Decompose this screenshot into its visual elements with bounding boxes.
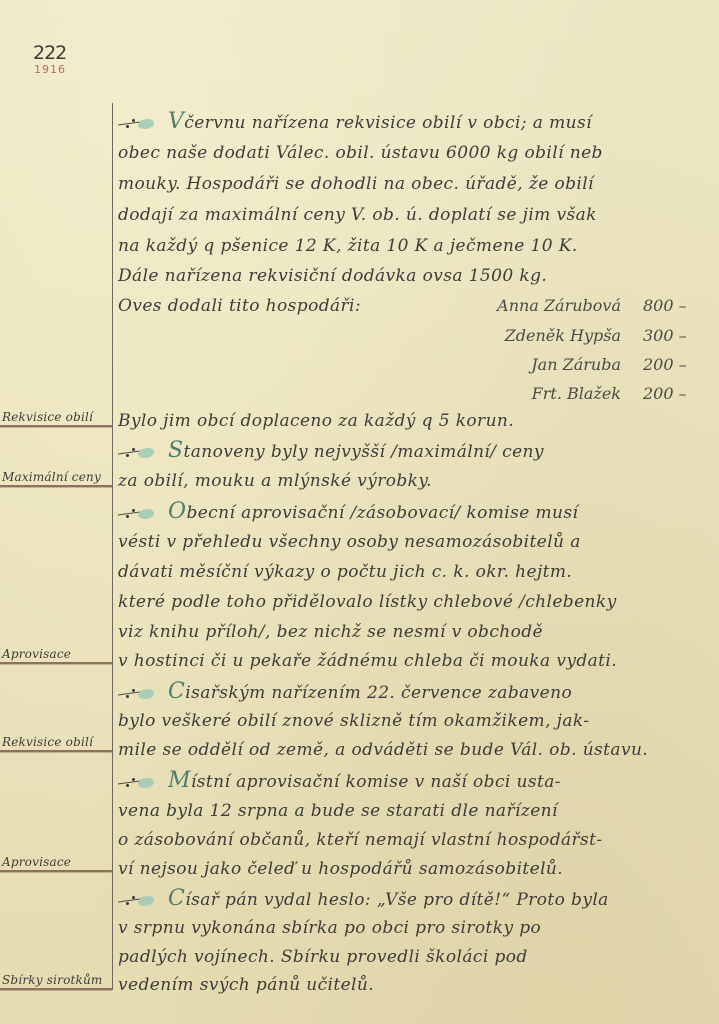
paragraph-mark-icon xyxy=(118,507,156,521)
margin-note-label: Aprovisace xyxy=(2,647,71,661)
margin-note-label: Maximální ceny xyxy=(2,470,101,484)
entry-line: Místní aprovisační komise v naší obci us… xyxy=(118,766,707,796)
entry-line: vésti v přehledu všechny osoby nesamozás… xyxy=(118,527,707,557)
entry-line: obec naše dodati Válec. obil. ústavu 600… xyxy=(118,138,707,168)
supplier-name: Zdeněk Hypša xyxy=(431,321,621,351)
entry-line: vena byla 12 srpna a bude se starati dle… xyxy=(118,796,707,826)
supplier-row: Jan Záruba200 – xyxy=(431,350,701,380)
entry-text: červnu nařízena rekvisice obilí v obci; … xyxy=(184,113,592,133)
entry-text: ístní aprovisační komise v naší obci ust… xyxy=(191,772,561,792)
margin-rule xyxy=(112,103,113,990)
margin-note-maximalni-ceny: Maximální ceny xyxy=(0,463,112,487)
entry-line: ví nejsou jako čeleď u hospodářů samozás… xyxy=(118,854,707,884)
entry-line: o zásobování občanů, kteří nemají vlastn… xyxy=(118,825,707,855)
entry-line: dávati měsíční výkazy o počtu jich c. k.… xyxy=(118,557,707,587)
supplier-row: Frt. Blažek200 – xyxy=(431,379,701,409)
entry-line: mile se oddělí od země, a odváděti se bu… xyxy=(118,735,707,765)
margin-note-sbirky-sirotkum: Sbírky sirotkům xyxy=(0,966,112,990)
initial-capital: C xyxy=(168,679,185,704)
entry-line: Stanoveny byly nejvyšší /maximální/ ceny xyxy=(118,436,707,466)
paragraph-mark-icon xyxy=(118,687,156,701)
entry-line: na každý q pšenice 12 K, žita 10 K a ječ… xyxy=(118,231,707,261)
margin-note-label: Aprovisace xyxy=(2,855,71,869)
supplier-row: Zdeněk Hypša300 – xyxy=(431,321,701,351)
supplier-name: Anna Zárubová xyxy=(431,291,621,321)
supplier-name: Jan Záruba xyxy=(431,350,621,380)
entry-line: v srpnu vykonána sbírka po obci pro siro… xyxy=(118,913,707,943)
entry-line: dodají za maximální ceny V. ob. ú. dopla… xyxy=(118,200,707,230)
entry-line: padlých vojínech. Sbírku provedli školác… xyxy=(118,942,707,972)
supplier-qty: 800 – xyxy=(643,291,701,321)
entry-line: za obilí, mouku a mlýnské výrobky. xyxy=(118,466,707,496)
initial-capital: C xyxy=(168,886,185,911)
entry-line: Cisařským nařízením 22. července zabaven… xyxy=(118,677,707,707)
entry-line: Včervnu nařízena rekvisice obilí v obci;… xyxy=(118,107,707,137)
supplier-qty: 200 – xyxy=(643,379,701,409)
entry-text: tanoveny byly nejvyšší /maximální/ ceny xyxy=(183,442,543,462)
margin-note-label: Rekvisice obilí xyxy=(2,735,93,749)
entry-line: Dále nařízena rekvisiční dodávka ovsa 15… xyxy=(118,261,707,291)
margin-note-label: Sbírky sirotkům xyxy=(2,973,103,987)
entry-line: Obecní aprovisační /zásobovací/ komise m… xyxy=(118,497,707,527)
initial-capital: M xyxy=(168,768,191,793)
margin-note-label: Rekvisice obilí xyxy=(2,410,93,424)
paragraph-mark-icon xyxy=(118,894,156,908)
supplier-row: Anna Zárubová800 – xyxy=(431,291,701,321)
paragraph-mark-icon xyxy=(118,776,156,790)
entry-line: bylo veškeré obilí znové sklizně tím oka… xyxy=(118,706,707,736)
margin-note-aprovisace: Aprovisace xyxy=(0,640,112,664)
entry-line: Císař pán vydal heslo: „Vše pro dítě!“ P… xyxy=(118,884,707,914)
entry-text: ísař pán vydal heslo: „Vše pro dítě!“ Pr… xyxy=(185,890,608,910)
supplier-qty: 300 – xyxy=(643,321,701,351)
initial-capital: O xyxy=(168,499,186,524)
entry-line: viz knihu příloh/, bez nichž se nesmí v … xyxy=(118,617,707,647)
entry-line: Bylo jim obcí doplaceno za každý q 5 kor… xyxy=(118,406,707,436)
entry-line: v hostinci či u pekaře žádnému chleba či… xyxy=(118,646,707,676)
initial-capital: V xyxy=(168,109,184,134)
paragraph-mark-icon xyxy=(118,117,156,131)
page-year-stamp: 1916 xyxy=(34,64,66,75)
margin-note-aprovisace-2: Aprovisace xyxy=(0,848,112,872)
page-number: 222 xyxy=(33,44,66,63)
supplier-name: Frt. Blažek xyxy=(431,379,621,409)
entry-line: které podle toho přidělovalo lístky chle… xyxy=(118,587,707,617)
initial-capital: S xyxy=(168,438,183,463)
entry-text: isařským nařízením 22. července zabaveno xyxy=(185,683,572,703)
entry-line: mouky. Hospodáři se dohodli na obec. úřa… xyxy=(118,169,707,199)
margin-note-rekvisice-obili-2: Rekvisice obilí xyxy=(0,728,112,752)
entry-text: becní aprovisační /zásobovací/ komise mu… xyxy=(186,503,578,523)
margin-note-rekvisice-obili: Rekvisice obilí xyxy=(0,403,112,427)
paragraph-mark-icon xyxy=(118,446,156,460)
supplier-qty: 200 – xyxy=(643,350,701,380)
entry-line: vedením svých pánů učitelů. xyxy=(118,970,707,1000)
